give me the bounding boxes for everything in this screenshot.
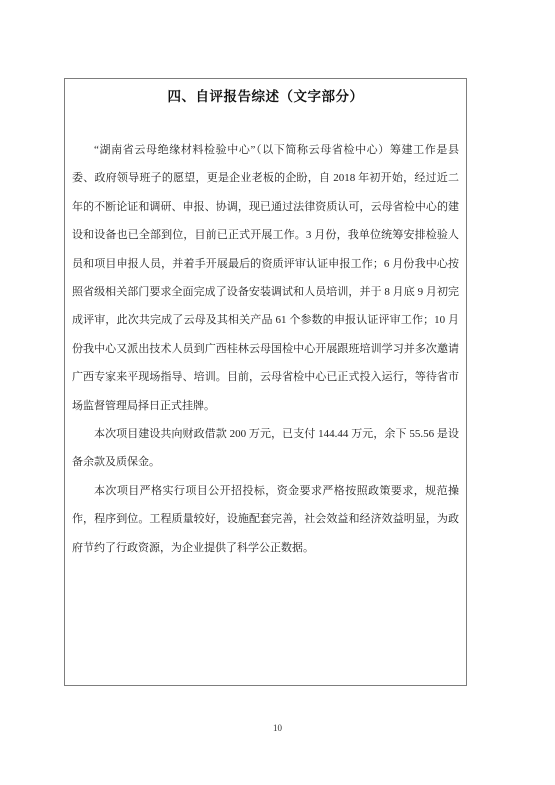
document-body: “湖南省云母绝缘材料检验中心”（以下简称云母省检中心）筹建工作是县委、政府领导班…: [65, 136, 466, 562]
document-page: 四、自评报告综述（文字部分） “湖南省云母绝缘材料检验中心”（以下简称云母省检中…: [0, 0, 555, 785]
paragraph-finance: 本次项目建设共向财政借款 200 万元，已支付 144.44 万元，余下 55.…: [72, 420, 459, 477]
page-number: 10: [0, 722, 555, 734]
document-title: 四、自评报告综述（文字部分）: [65, 87, 466, 107]
document-border-box: 四、自评报告综述（文字部分） “湖南省云母绝缘材料检验中心”（以下简称云母省检中…: [64, 78, 467, 686]
paragraph-project-overview: “湖南省云母绝缘材料检验中心”（以下简称云母省检中心）筹建工作是县委、政府领导班…: [72, 136, 459, 420]
paragraph-evaluation: 本次项目严格实行项目公开招投标，资金要求严格按照政策要求，规范操作，程序到位。工…: [72, 477, 459, 562]
